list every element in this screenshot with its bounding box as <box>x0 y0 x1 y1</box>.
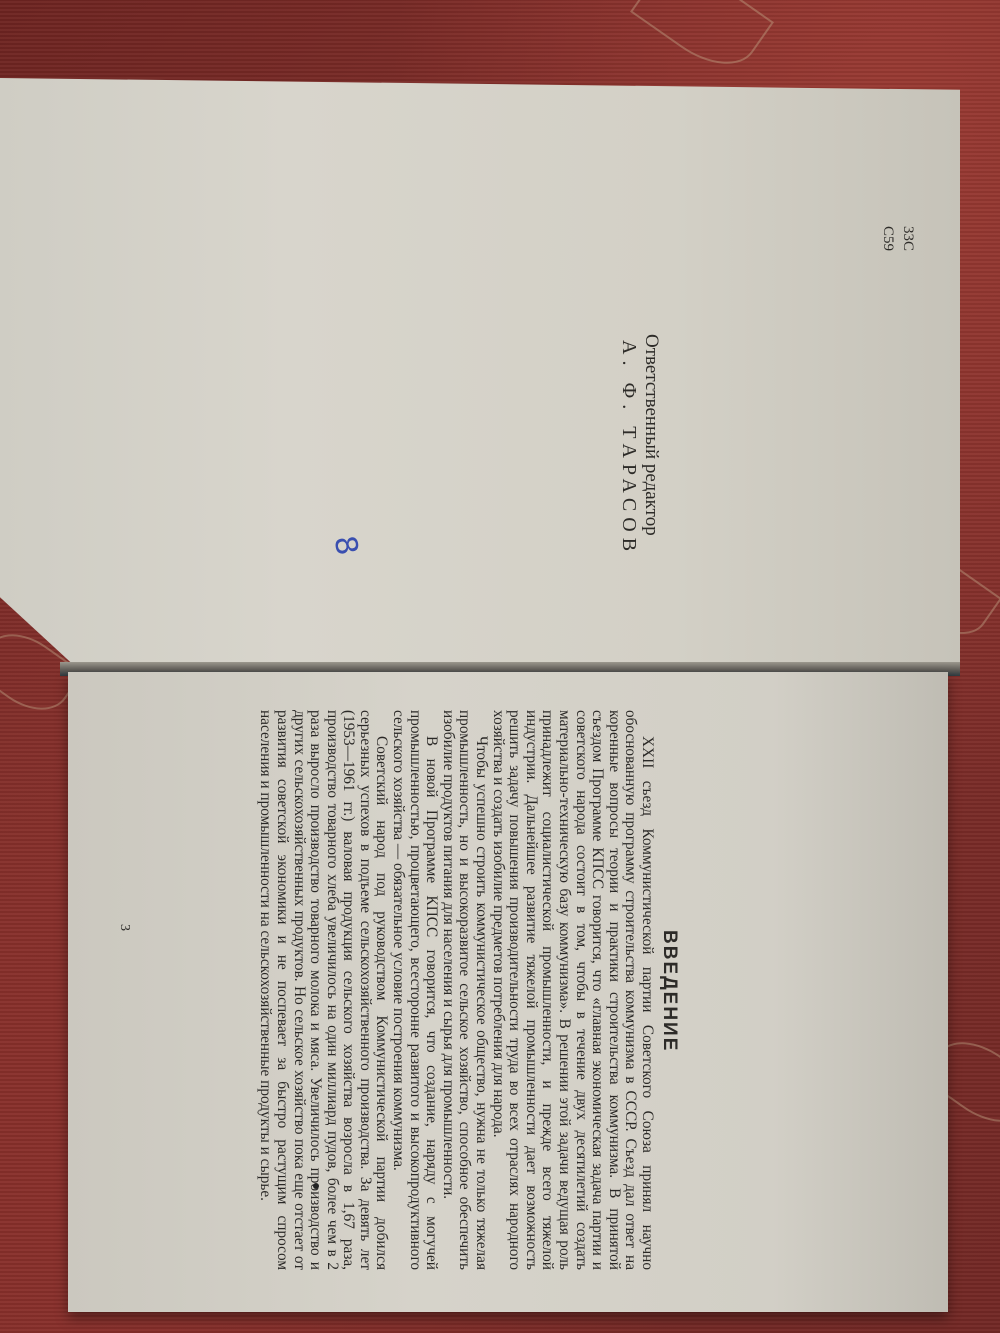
paragraph: Советский народ под руководством Коммуни… <box>257 710 390 1270</box>
paragraph: Чтобы успешно строить коммунистическое о… <box>439 710 489 1270</box>
editor-label: Ответственный редактор <box>640 334 662 536</box>
book-page-left: 33С С59 Ответственный редактор А. Ф. ТАР… <box>0 78 960 668</box>
paragraph: XXII съезд Коммунистической партии Совет… <box>489 710 655 1270</box>
ink-dot <box>313 1183 319 1189</box>
catalog-code: С59 <box>878 226 898 251</box>
fabric-leaf-pattern <box>630 0 774 83</box>
paragraph: В новой Программе КПСС говорится, что со… <box>390 710 440 1270</box>
catalog-code: 33С <box>898 226 918 251</box>
page-number: 3 <box>116 924 132 931</box>
chapter-heading: ВВЕДЕНИЕ <box>658 930 680 1052</box>
editor-name: А. Ф. ТАРАСОВ <box>617 340 640 557</box>
